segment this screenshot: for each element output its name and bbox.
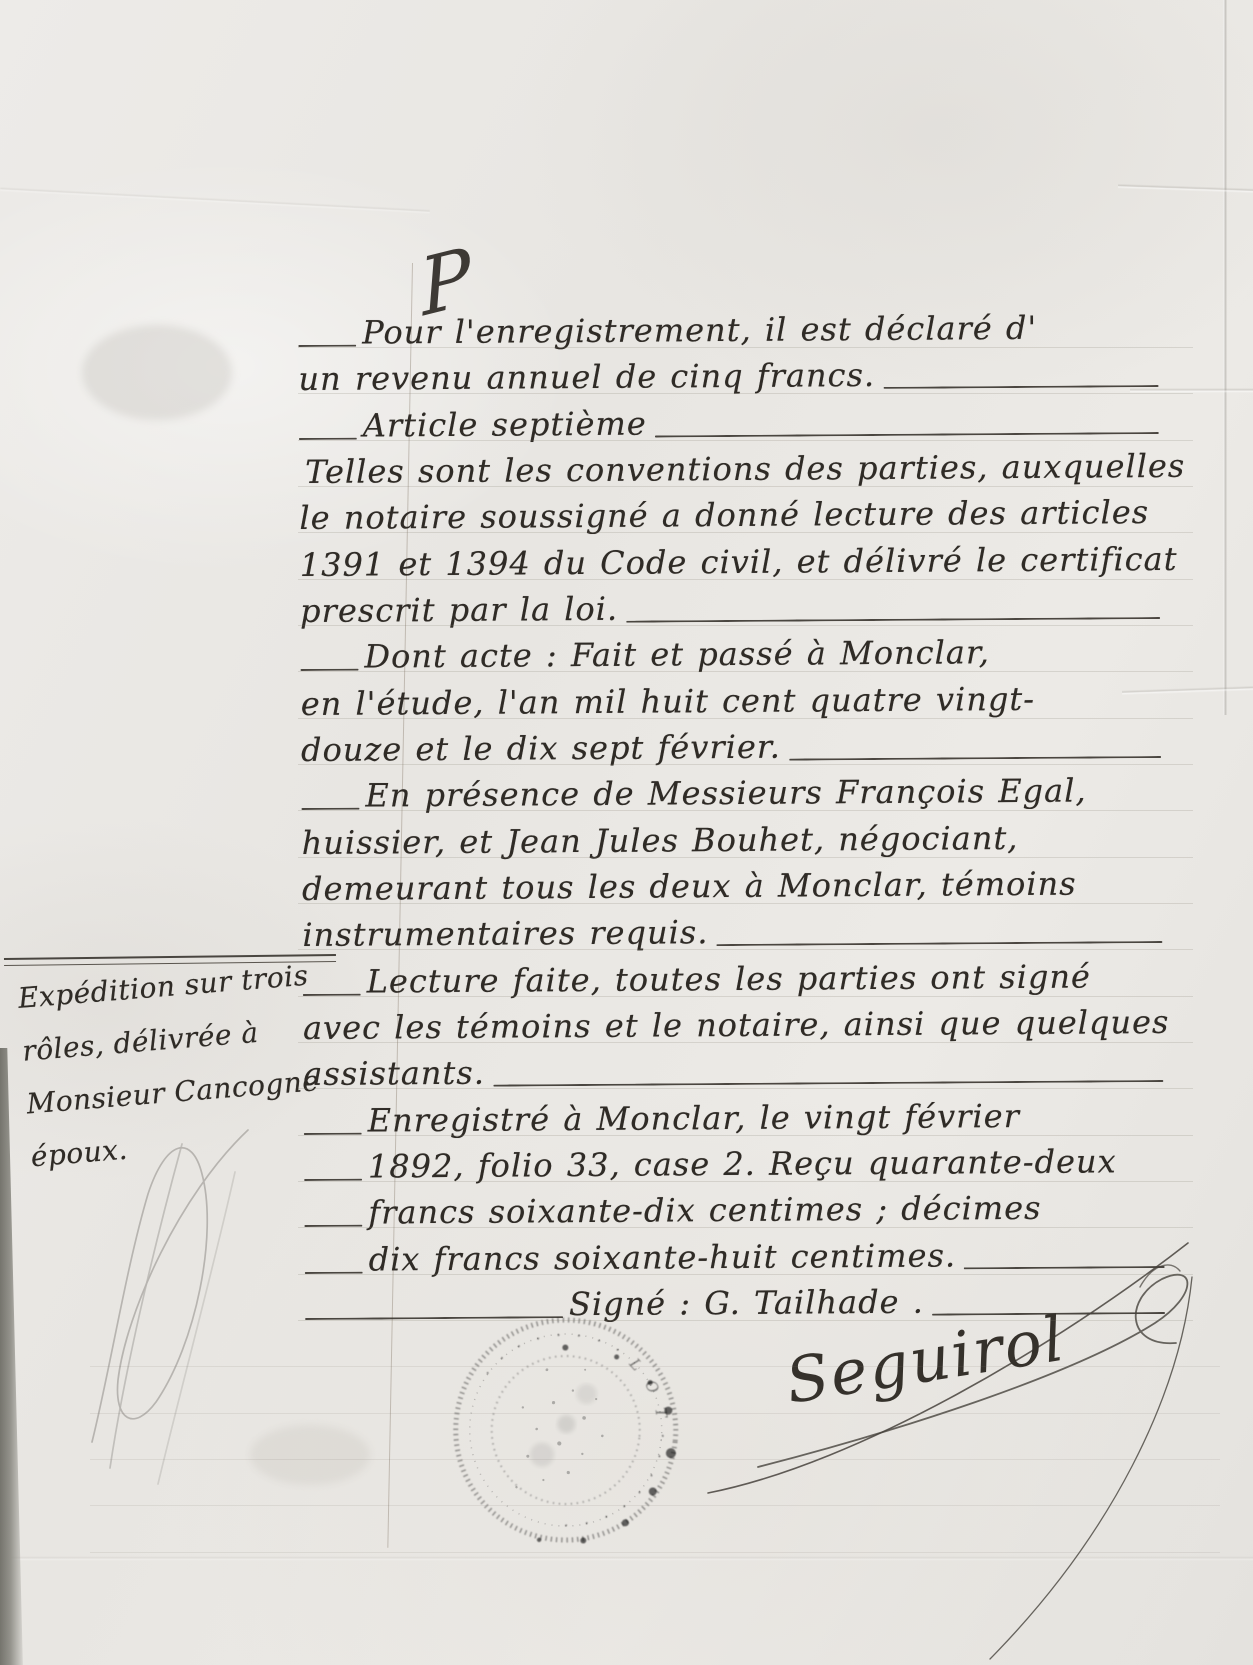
ink-lead-rule [301,669,359,671]
handwritten-text: huissier, et Jean Jules Bouhet, négocian… [302,815,1019,866]
paper-smudge [82,325,232,420]
ink-filler-rule [655,432,1159,438]
handwritten-text: Enregistré à Monclar, le vingt février [367,1093,1020,1144]
text-line-3: Article septième [299,397,1159,449]
handwritten-text: en l'étude, l'an mil huit cent quatre vi… [301,675,1036,726]
ink-lead-rule [298,345,356,347]
text-line-1: Pour l'enregistrement, il est déclaré d' [298,304,1158,356]
ink-filler-rule [493,1080,1163,1087]
handwritten-text: Dont acte : Fait et passé à Monclar, [364,629,990,679]
signature-end-hook [1140,1265,1180,1287]
text-line-4: Telles sont les conventions des parties,… [299,443,1159,495]
handwritten-text: Lecture faite, toutes les parties ont si… [367,953,1092,1004]
vertical-fold-crease [1223,0,1227,715]
handwritten-text: prescrit par la loi. [300,586,618,634]
handwritten-text: le notaire soussigné a donné lecture des… [299,489,1149,541]
text-line-7: prescrit par la loi. [300,582,1160,634]
text-line-15: Lecture faite, toutes les parties ont si… [303,953,1163,1005]
handwritten-text: avec les témoins et le notaire, ainsi qu… [303,999,1170,1051]
horizontal-crease [0,187,430,214]
handwritten-text: instrumentaires requis. [302,909,708,958]
text-line-10: douze et le dix sept février. [301,721,1161,773]
pencil-paraph [30,1112,320,1502]
ink-filler-rule [717,941,1163,946]
ink-filler-rule [626,617,1160,623]
text-line-12: huissier, et Jean Jules Bouhet, négocian… [302,814,1162,866]
ink-filler-rule [789,756,1161,761]
handwritten-text: Article septième [363,400,647,448]
scanned-notarial-document-page: P Pour l'enregistrement, il est déclaré … [0,0,1253,1665]
handwritten-text: douze et le dix sept février. [301,724,781,773]
handwritten-text: demeurant tous les deux à Monclar, témoi… [302,861,1077,912]
text-line-5: le notaire soussigné a donné lecture des… [299,489,1159,541]
notary-signature: Seguirol [640,1225,1253,1665]
text-line-18: Enregistré à Monclar, le vingt février [303,1092,1163,1144]
handwritten-text: un revenu annuel de cinq francs. [298,352,875,402]
text-line-6: 1391 et 1394 du Code civil, et délivré l… [300,536,1160,588]
text-line-9: en l'étude, l'an mil huit cent quatre vi… [301,675,1161,727]
stamp-center-speckle [513,1363,610,1497]
text-line-8: Dont acte : Fait et passé à Monclar, [300,628,1160,680]
ink-lead-rule [301,808,359,810]
handwritten-text: Pour l'enregistrement, il est déclaré d' [362,305,1037,356]
handwritten-text: 1892, folio 33, case 2. Reçu quarante-de… [368,1138,1117,1189]
text-line-19: 1892, folio 33, case 2. Reçu quarante-de… [304,1138,1164,1190]
horizontal-crease [1118,184,1253,194]
text-line-17: assistants. [303,1045,1163,1097]
signature-name: Seguirol [781,1302,1070,1418]
handwritten-text: Telles sont les conventions des parties,… [305,443,1185,495]
ink-filler-rule [883,385,1158,389]
text-line-14: instrumentaires requis. [302,906,1162,958]
text-line-13: demeurant tous les deux à Monclar, témoi… [302,860,1162,912]
text-line-2: un revenu annuel de cinq francs. [298,350,1158,402]
scan-edge-strip [0,1048,26,1665]
handwritten-text: En présence de Messieurs François Egal, [365,768,1087,819]
handwritten-text: 1391 et 1394 du Code civil, et délivré l… [300,536,1178,588]
text-line-11: En présence de Messieurs François Egal, [301,767,1161,819]
text-line-16: avec les témoins et le notaire, ainsi qu… [303,999,1163,1051]
ink-lead-rule [299,437,357,439]
